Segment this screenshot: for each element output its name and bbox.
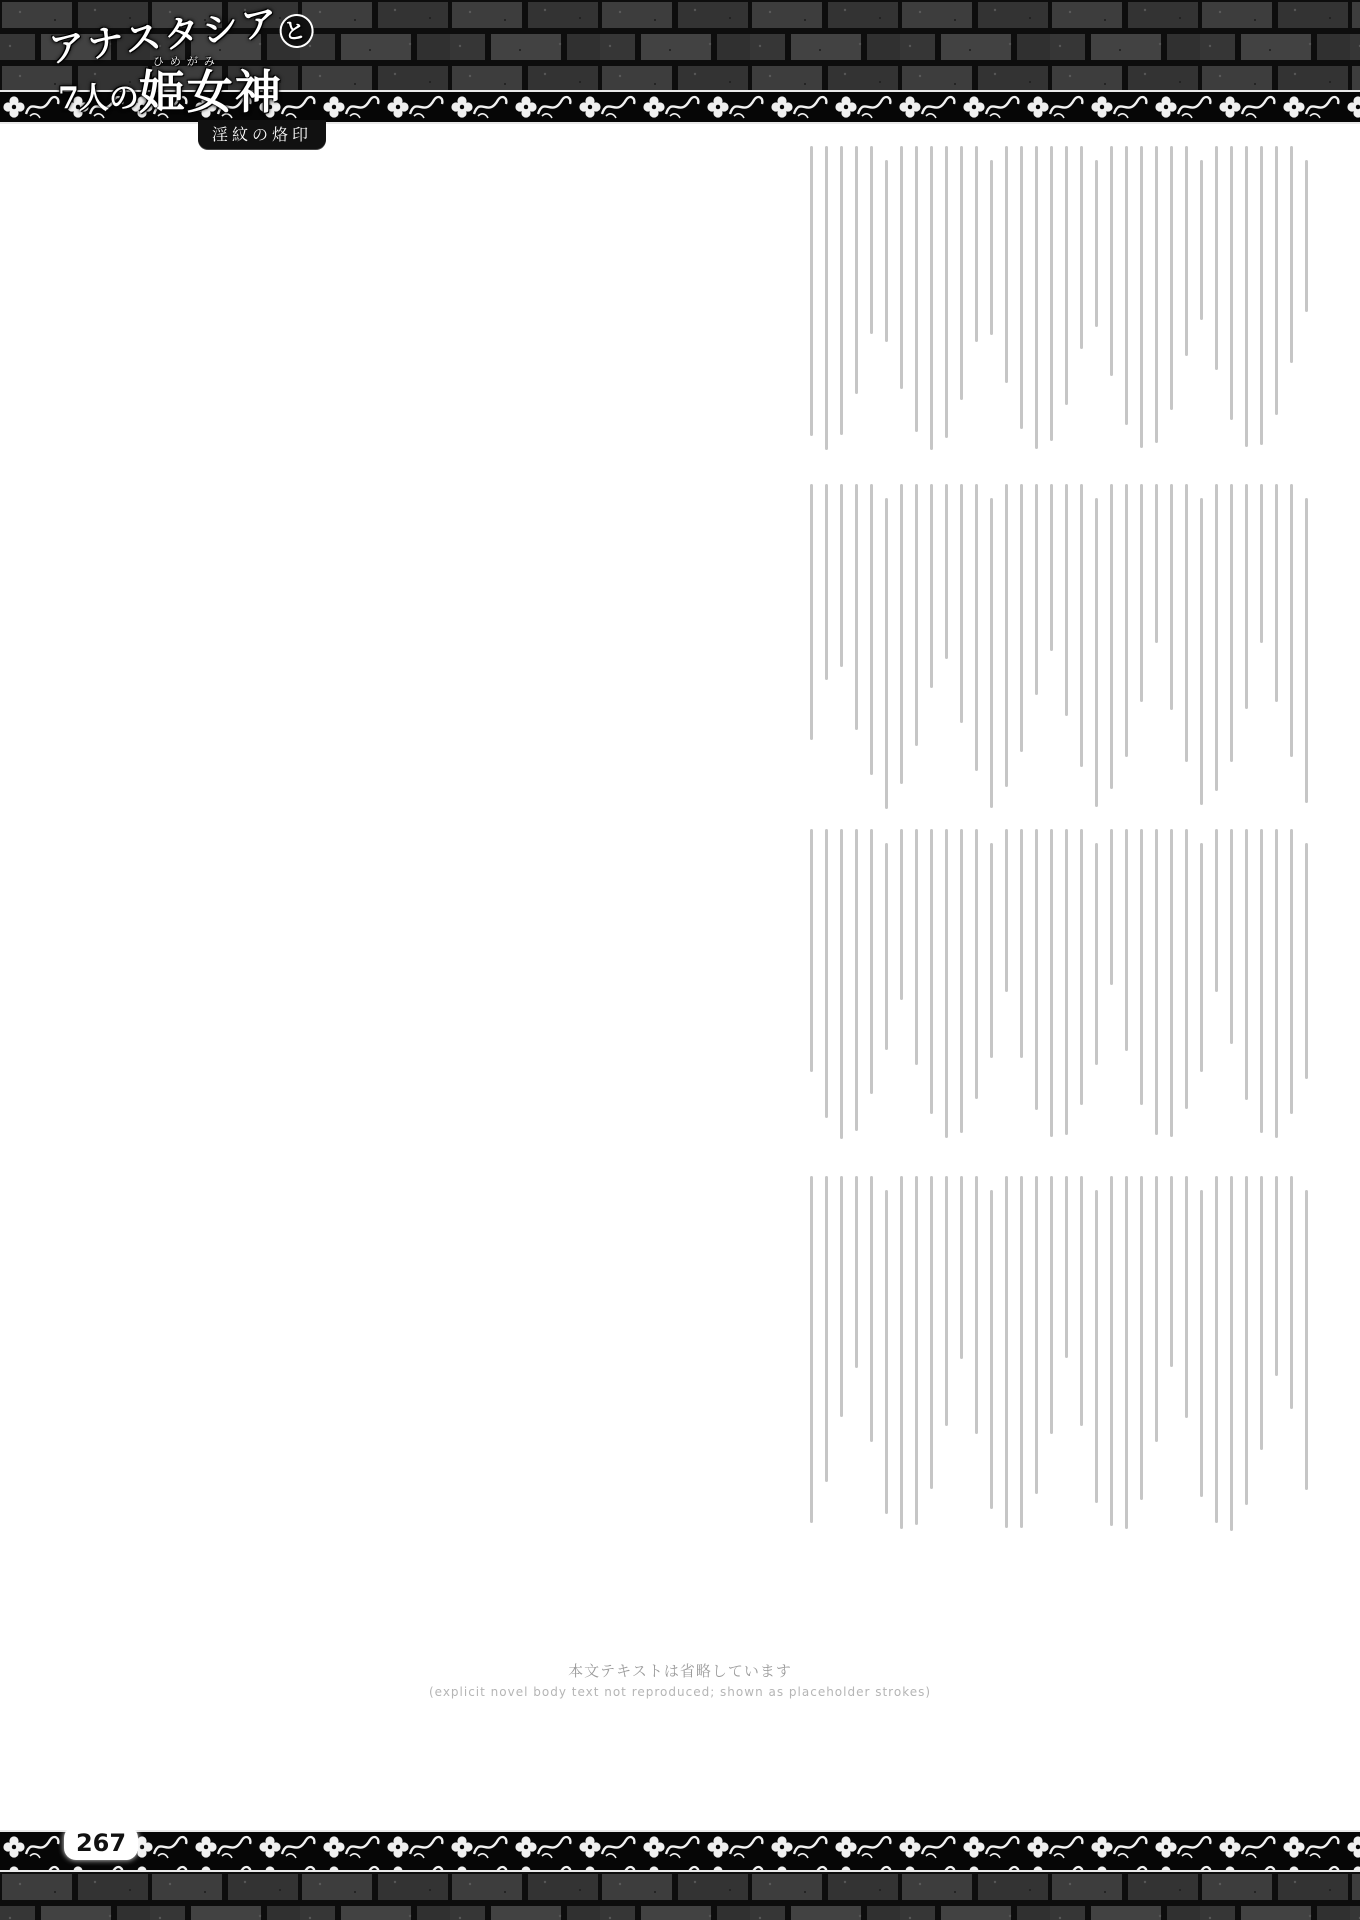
redacted-text-column (1305, 1190, 1308, 1490)
redacted-text-column (1260, 146, 1263, 445)
redacted-text-column (915, 146, 918, 432)
redacted-text-column (1065, 484, 1068, 716)
text-band-2-redacted (52, 480, 1308, 805)
redaction-notice-jp: 本文テキストは省略しています (568, 1662, 792, 1680)
redacted-text-column (1095, 498, 1098, 807)
redacted-text-column (1065, 146, 1068, 405)
redacted-text-column (1050, 484, 1053, 651)
redacted-text-column (990, 1190, 993, 1509)
redacted-text-column (975, 829, 978, 1099)
redacted-text-column (1110, 484, 1113, 789)
redacted-text-column (1230, 1176, 1233, 1531)
redacted-text-column (1125, 146, 1128, 425)
redacted-text-column (915, 1176, 918, 1525)
redacted-text-column (1215, 146, 1218, 370)
redacted-text-column (1020, 1176, 1023, 1528)
redacted-text-column (1170, 829, 1173, 1137)
redacted-text-column (1005, 484, 1008, 787)
redacted-text-column (1095, 843, 1098, 1065)
text-band-3-redacted (52, 825, 1308, 1150)
redacted-text-column (1185, 829, 1188, 1109)
redacted-text-column (1185, 146, 1188, 356)
redacted-text-column (840, 1176, 843, 1417)
redaction-notice-en: (explicit novel body text not reproduced… (0, 1685, 1360, 1699)
redacted-text-column (1275, 484, 1278, 702)
redacted-text-column (840, 146, 843, 435)
redacted-text-column (1095, 1190, 1098, 1503)
redacted-text-column (1200, 498, 1203, 805)
redacted-text-column (930, 829, 933, 1114)
redacted-text-column (810, 146, 813, 436)
redacted-text-column (1035, 829, 1038, 1110)
redacted-text-column (825, 484, 828, 680)
redacted-text-column (1170, 484, 1173, 710)
redacted-text-column (900, 1176, 903, 1529)
redacted-text-column (975, 484, 978, 771)
redaction-notice: 本文テキストは省略しています (explicit novel body text… (0, 1660, 1360, 1699)
redacted-text-column (1005, 146, 1008, 383)
redacted-text-column (1245, 484, 1248, 709)
redacted-text-column (1020, 484, 1023, 752)
redacted-text-column (945, 146, 948, 438)
redacted-text-column (915, 829, 918, 1065)
redacted-text-column (1140, 829, 1143, 1105)
redacted-text-column (1005, 1176, 1008, 1528)
redacted-text-column (1200, 160, 1203, 320)
redacted-text-column (1155, 829, 1158, 1135)
redacted-text-column (1140, 484, 1143, 702)
redacted-text-column (945, 484, 948, 659)
series-title-furigana: ひめがみ (153, 53, 221, 69)
series-title-prefix: 7人の (58, 81, 139, 116)
redacted-text-column (990, 843, 993, 1058)
redacted-text-column (1125, 829, 1128, 1051)
redacted-text-column (855, 829, 858, 1131)
series-subtitle: 淫紋の烙印 (198, 120, 326, 149)
redacted-text-column (975, 1176, 978, 1434)
redacted-text-column (885, 498, 888, 809)
redacted-text-column (1110, 1176, 1113, 1526)
redacted-text-column (1035, 146, 1038, 449)
redacted-text-column (1035, 1176, 1038, 1494)
redacted-text-column (810, 1176, 813, 1523)
redacted-text-column (900, 146, 903, 389)
redacted-text-column (1215, 829, 1218, 992)
redacted-text-column (1305, 498, 1308, 803)
redacted-text-column (1020, 146, 1023, 429)
redacted-text-column (1245, 146, 1248, 447)
redacted-text-column (1155, 1176, 1158, 1442)
redacted-text-column (990, 498, 993, 808)
redacted-text-column (1290, 484, 1293, 757)
redacted-text-column (1260, 1176, 1263, 1450)
redacted-text-column (1230, 829, 1233, 1044)
redacted-text-column (1230, 484, 1233, 762)
redacted-text-column (810, 484, 813, 740)
text-band-1-redacted (52, 142, 1308, 460)
redacted-text-column (870, 484, 873, 775)
redacted-text-column (840, 484, 843, 667)
redacted-text-column (1275, 829, 1278, 1138)
redacted-text-column (1275, 1176, 1278, 1376)
redacted-text-column (1230, 146, 1233, 420)
redacted-text-column (870, 146, 873, 334)
redacted-text-column (1245, 829, 1248, 1100)
redacted-text-column (885, 843, 888, 1050)
redacted-text-column (825, 829, 828, 1118)
redacted-text-column (1245, 1176, 1248, 1505)
redacted-text-column (1125, 484, 1128, 757)
redacted-text-column (1080, 1176, 1083, 1426)
redacted-text-column (1020, 829, 1023, 1058)
series-title-connector: と (277, 12, 315, 50)
redacted-text-column (1275, 146, 1278, 415)
redacted-text-column (1110, 146, 1113, 376)
redacted-text-column (1290, 829, 1293, 1114)
redacted-text-column (825, 146, 828, 450)
redacted-text-column (870, 829, 873, 1094)
redacted-text-column (1110, 829, 1113, 985)
redacted-text-column (1260, 829, 1263, 1133)
redacted-text-column (975, 146, 978, 342)
redacted-text-column (1290, 146, 1293, 363)
redacted-text-column (960, 146, 963, 400)
redacted-text-column (900, 829, 903, 1000)
page-number: 267 (64, 1826, 138, 1860)
redacted-text-column (855, 1176, 858, 1368)
redacted-text-column (1185, 484, 1188, 762)
redacted-text-column (1215, 1176, 1218, 1523)
series-title-main-text: 姫女神 (139, 65, 283, 119)
redacted-text-column (1050, 1176, 1053, 1434)
redacted-text-column (1005, 829, 1008, 992)
redacted-text-column (870, 1176, 873, 1442)
redacted-text-column (1140, 1176, 1143, 1500)
redacted-text-column (930, 146, 933, 450)
redacted-text-column (1305, 160, 1308, 312)
redacted-text-column (900, 484, 903, 784)
redacted-text-column (1170, 146, 1173, 410)
redacted-text-column (1140, 146, 1143, 448)
redacted-text-column (930, 484, 933, 688)
redacted-text-column (1155, 146, 1158, 443)
redacted-text-column (855, 146, 858, 394)
redacted-text-column (1200, 1190, 1203, 1497)
redacted-text-column (960, 1176, 963, 1359)
redacted-text-column (885, 1190, 888, 1514)
text-band-4-redacted (52, 1172, 1308, 1542)
redacted-text-column (810, 829, 813, 1072)
redacted-text-column (885, 160, 888, 342)
redacted-text-column (1155, 484, 1158, 643)
redacted-text-column (915, 484, 918, 746)
redacted-text-column (1035, 484, 1038, 695)
redacted-text-column (945, 829, 948, 1138)
redacted-text-column (840, 829, 843, 1139)
redacted-text-column (1095, 160, 1098, 327)
redacted-text-column (1170, 1176, 1173, 1367)
redacted-text-column (960, 829, 963, 1133)
redacted-text-column (1080, 829, 1083, 1105)
redacted-text-column (1290, 1176, 1293, 1409)
redacted-text-column (1305, 843, 1308, 1079)
series-title-main: ひめがみ姫女神 (139, 65, 283, 119)
redacted-text-column (1080, 146, 1083, 349)
redacted-text-column (1125, 1176, 1128, 1529)
redacted-text-column (945, 1176, 948, 1426)
brick-texture-bottom (0, 1872, 1360, 1920)
redacted-text-column (1050, 829, 1053, 1137)
series-logo: アナスタシアと 7人のひめがみ姫女神 淫紋の烙印 (48, 4, 348, 149)
redacted-text-column (930, 1176, 933, 1489)
redacted-text-column (1065, 829, 1068, 1135)
redacted-text-column (1080, 484, 1083, 767)
redacted-text-column (990, 160, 993, 335)
redacted-text-column (1065, 1176, 1068, 1358)
redacted-text-column (1185, 1176, 1188, 1418)
ornamental-border-bottom (0, 1830, 1360, 1872)
redacted-text-column (1215, 484, 1218, 791)
redacted-text-column (825, 1176, 828, 1482)
redacted-text-column (1050, 146, 1053, 441)
redacted-text-column (960, 484, 963, 723)
redacted-text-column (1200, 843, 1203, 1072)
redacted-text-column (1260, 484, 1263, 643)
redacted-text-column (855, 484, 858, 730)
